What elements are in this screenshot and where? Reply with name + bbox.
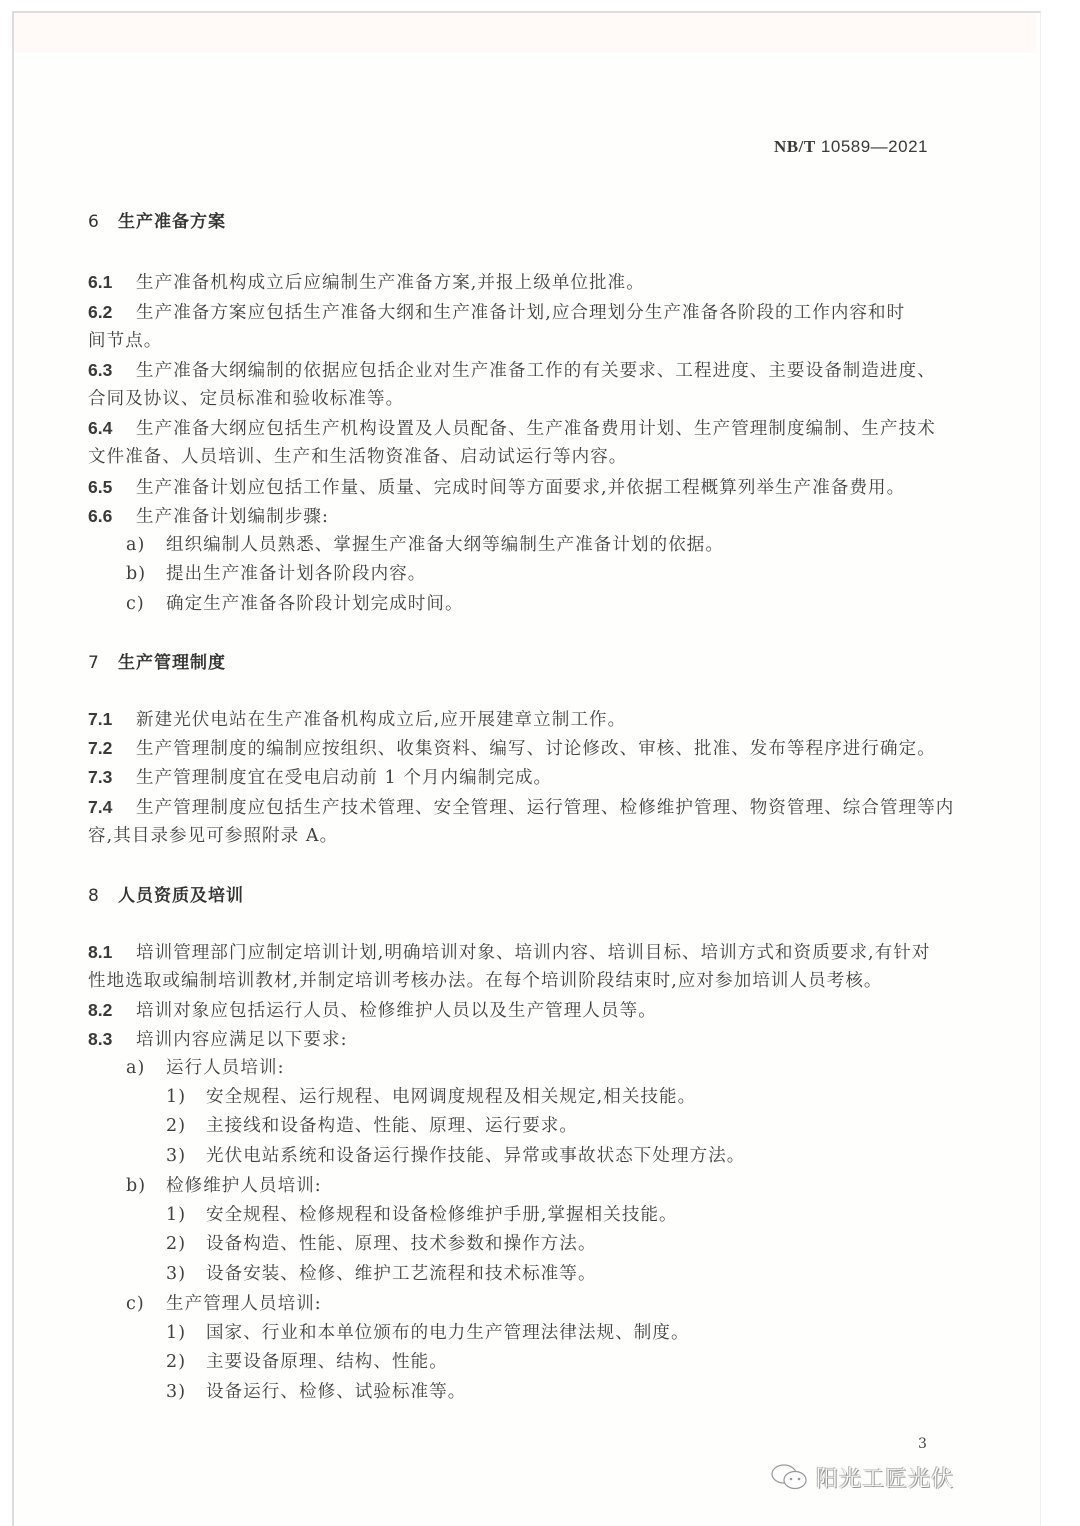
clause-8-1-cont: 性地选取或编制培训教材,并制定培训考核办法。在每个培训阶段结束时,应对参加培训人… [88,969,883,993]
sub-list-item: 1)安全规程、运行规程、电网调度规程及相关规定,相关技能。 [166,1085,696,1109]
clause-6-1: 6.1生产准备机构成立后应编制生产准备方案,并报上级单位批准。 [88,270,645,295]
standard-number: 10589—2021 [821,137,928,156]
wechat-icon [770,1462,810,1498]
clause-6-3-cont: 合同及协议、定员标准和验收标准等。 [88,387,404,411]
clause-6-2-cont: 间节点。 [88,329,162,353]
standard-code: NB/T 10589—2021 [774,137,928,157]
sub-list-item: 2)设备构造、性能、原理、技术参数和操作方法。 [166,1232,597,1256]
page-number: 3 [918,1436,927,1452]
list-item: b)检修维护人员培训: [126,1174,322,1198]
clause-6-5: 6.5生产准备计划应包括工作量、质量、完成时间等方面要求,并依据工程概算列举生产… [88,475,905,500]
clause-8-2: 8.2培训对象应包括运行人员、检修维护人员以及生产管理人员等。 [88,998,657,1023]
clause-6-4: 6.4生产准备大纲应包括生产机构设置及人员配备、生产准备费用计划、生产管理制度编… [88,416,936,441]
section-7-heading: 7生产管理制度 [88,651,226,675]
sub-list-item: 3)设备安装、检修、维护工艺流程和技术标准等。 [166,1262,597,1286]
watermark: 阳光工匠光伏 [770,1462,954,1498]
list-item: a)运行人员培训: [126,1056,285,1080]
clause-7-1: 7.1新建光伏电站在生产准备机构成立后,应开展建章立制工作。 [88,707,626,732]
clause-8-1: 8.1培训管理部门应制定培训计划,明确培训对象、培训内容、培训目标、培训方式和资… [88,940,931,965]
list-item: c)生产管理人员培训: [126,1292,322,1316]
clause-8-3: 8.3培训内容应满足以下要求: [88,1027,348,1052]
list-item: a)组织编制人员熟悉、掌握生产准备大纲等编制生产准备计划的依据。 [126,533,724,557]
sub-list-item: 2)主接线和设备构造、性能、原理、运行要求。 [166,1114,578,1138]
sub-list-item: 1)安全规程、检修规程和设备检修维护手册,掌握相关技能。 [166,1203,678,1227]
clause-7-4: 7.4生产管理制度应包括生产技术管理、安全管理、运行管理、检修维护管理、物资管理… [88,795,954,820]
sub-list-item: 1)国家、行业和本单位颁布的电力生产管理法律法规、制度。 [166,1321,690,1345]
sub-list-item: 2)主要设备原理、结构、性能。 [166,1350,448,1374]
scan-top-band [14,13,1036,53]
standard-prefix: NB/T [774,137,816,156]
list-item: c)确定生产准备各阶段计划完成时间。 [126,592,464,616]
clause-6-6: 6.6生产准备计划编制步骤: [88,504,329,529]
sub-list-item: 3)设备运行、检修、试验标准等。 [166,1380,466,1404]
clause-7-4-cont: 容,其目录参见可参照附录 A。 [88,824,338,848]
clause-7-2: 7.2生产管理制度的编制应按组织、收集资料、编写、讨论修改、审核、批准、发布等程… [88,736,936,761]
clause-7-3: 7.3生产管理制度宜在受电启动前 1 个月内编制完成。 [88,765,552,790]
sub-list-item: 3)光伏电站系统和设备运行操作技能、异常或事故状态下处理方法。 [166,1144,745,1168]
watermark-text: 阳光工匠光伏 [816,1467,954,1492]
section-6-heading: 6生产准备方案 [88,210,226,234]
clause-6-4-cont: 文件准备、人员培训、生产和生活物资准备、启动试运行等内容。 [88,445,627,469]
clause-6-3: 6.3生产准备大纲编制的依据应包括企业对生产准备工作的有关要求、工程进度、主要设… [88,358,936,383]
section-8-heading: 8人员资质及培训 [88,884,244,908]
list-item: b)提出生产准备计划各阶段内容。 [126,562,426,586]
clause-6-2: 6.2生产准备方案应包括生产准备大纲和生产准备计划,应合理划分生产准备各阶段的工… [88,300,905,325]
